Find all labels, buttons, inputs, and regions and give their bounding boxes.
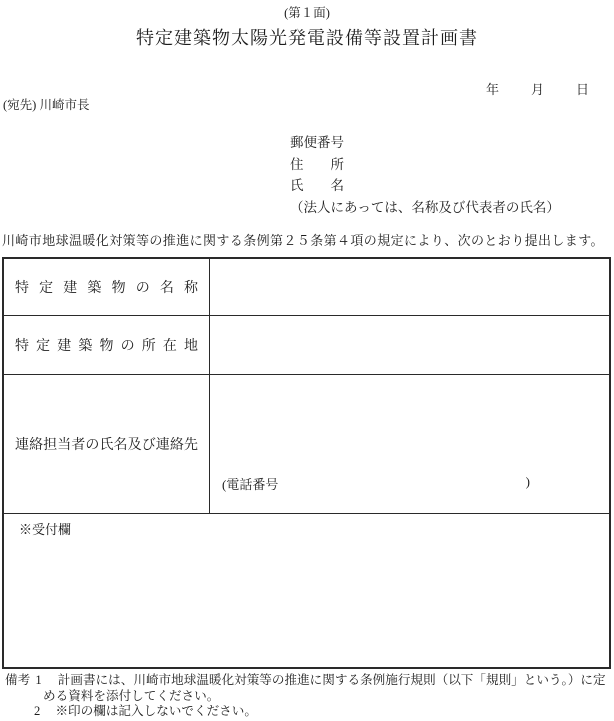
note-1-text-line-2: める資料を添付してください。 — [0, 689, 614, 705]
table-row: 特定建築物の名称 — [4, 259, 609, 315]
postal-code-label: 郵便番号 — [290, 132, 560, 154]
addressee-line: (宛先) 川崎市長 — [3, 95, 89, 113]
date-field: 年 月 日 — [486, 79, 591, 98]
note-1-number: 1 — [35, 673, 41, 687]
note-2-number: 2 — [34, 704, 40, 718]
building-location-label: 特定建築物の所在地 — [4, 316, 210, 374]
table-row: 連絡担当者の氏名及び連絡先 (電話番号 ) — [4, 374, 609, 513]
reception-cell: ※受付欄 — [4, 514, 609, 667]
note-line: 2 ※印の欄は記入しないでください。 — [0, 704, 614, 720]
sheet-number-label: (第１面) — [0, 3, 614, 21]
form-page: (第１面) 特定建築物太陽光発電設備等設置計画書 年 月 日 (宛先) 川崎市長… — [0, 0, 614, 721]
phone-open-label: (電話番号 — [222, 474, 278, 493]
building-location-value-cell — [210, 316, 609, 374]
contact-value-cell: (電話番号 ) — [210, 375, 609, 513]
reception-label: ※受付欄 — [19, 522, 71, 537]
form-table: 特定建築物の名称 特定建築物の所在地 連絡担当者の氏名及び連絡先 (電話番号 )… — [2, 257, 611, 669]
building-name-label: 特定建築物の名称 — [4, 259, 210, 315]
name-label: 氏 名 — [290, 175, 560, 197]
notes-section: 備考 1 計画書には、川崎市地球温暖化対策等の推進に関する条例施行規則（以下「規… — [0, 673, 614, 720]
form-title: 特定建築物太陽光発電設備等設置計画書 — [0, 24, 614, 50]
corporate-name-note: （法人にあっては、名称及び代表者の氏名） — [290, 197, 560, 219]
phone-number-field: (電話番号 ) — [222, 474, 530, 493]
sender-block: 郵便番号 住 所 氏 名 （法人にあっては、名称及び代表者の氏名） — [290, 132, 560, 218]
submission-statement: 川崎市地球温暖化対策等の推進に関する条例第２５条第４項の規定により、次のとおり提… — [2, 230, 614, 249]
notes-heading: 備考 — [5, 673, 30, 687]
contact-person-label: 連絡担当者の氏名及び連絡先 — [4, 375, 210, 513]
table-row: 特定建築物の所在地 — [4, 315, 609, 374]
building-name-value-cell — [210, 259, 609, 315]
table-row: ※受付欄 — [4, 513, 609, 667]
note-line: 備考 1 計画書には、川崎市地球温暖化対策等の推進に関する条例施行規則（以下「規… — [0, 673, 614, 689]
note-1-text-line-1: 計画書には、川崎市地球温暖化対策等の推進に関する条例施行規則（以下「規則」という… — [58, 673, 606, 687]
address-label: 住 所 — [290, 154, 560, 176]
phone-close-label: ) — [526, 474, 530, 493]
note-2-text: ※印の欄は記入しないでください。 — [55, 704, 257, 718]
